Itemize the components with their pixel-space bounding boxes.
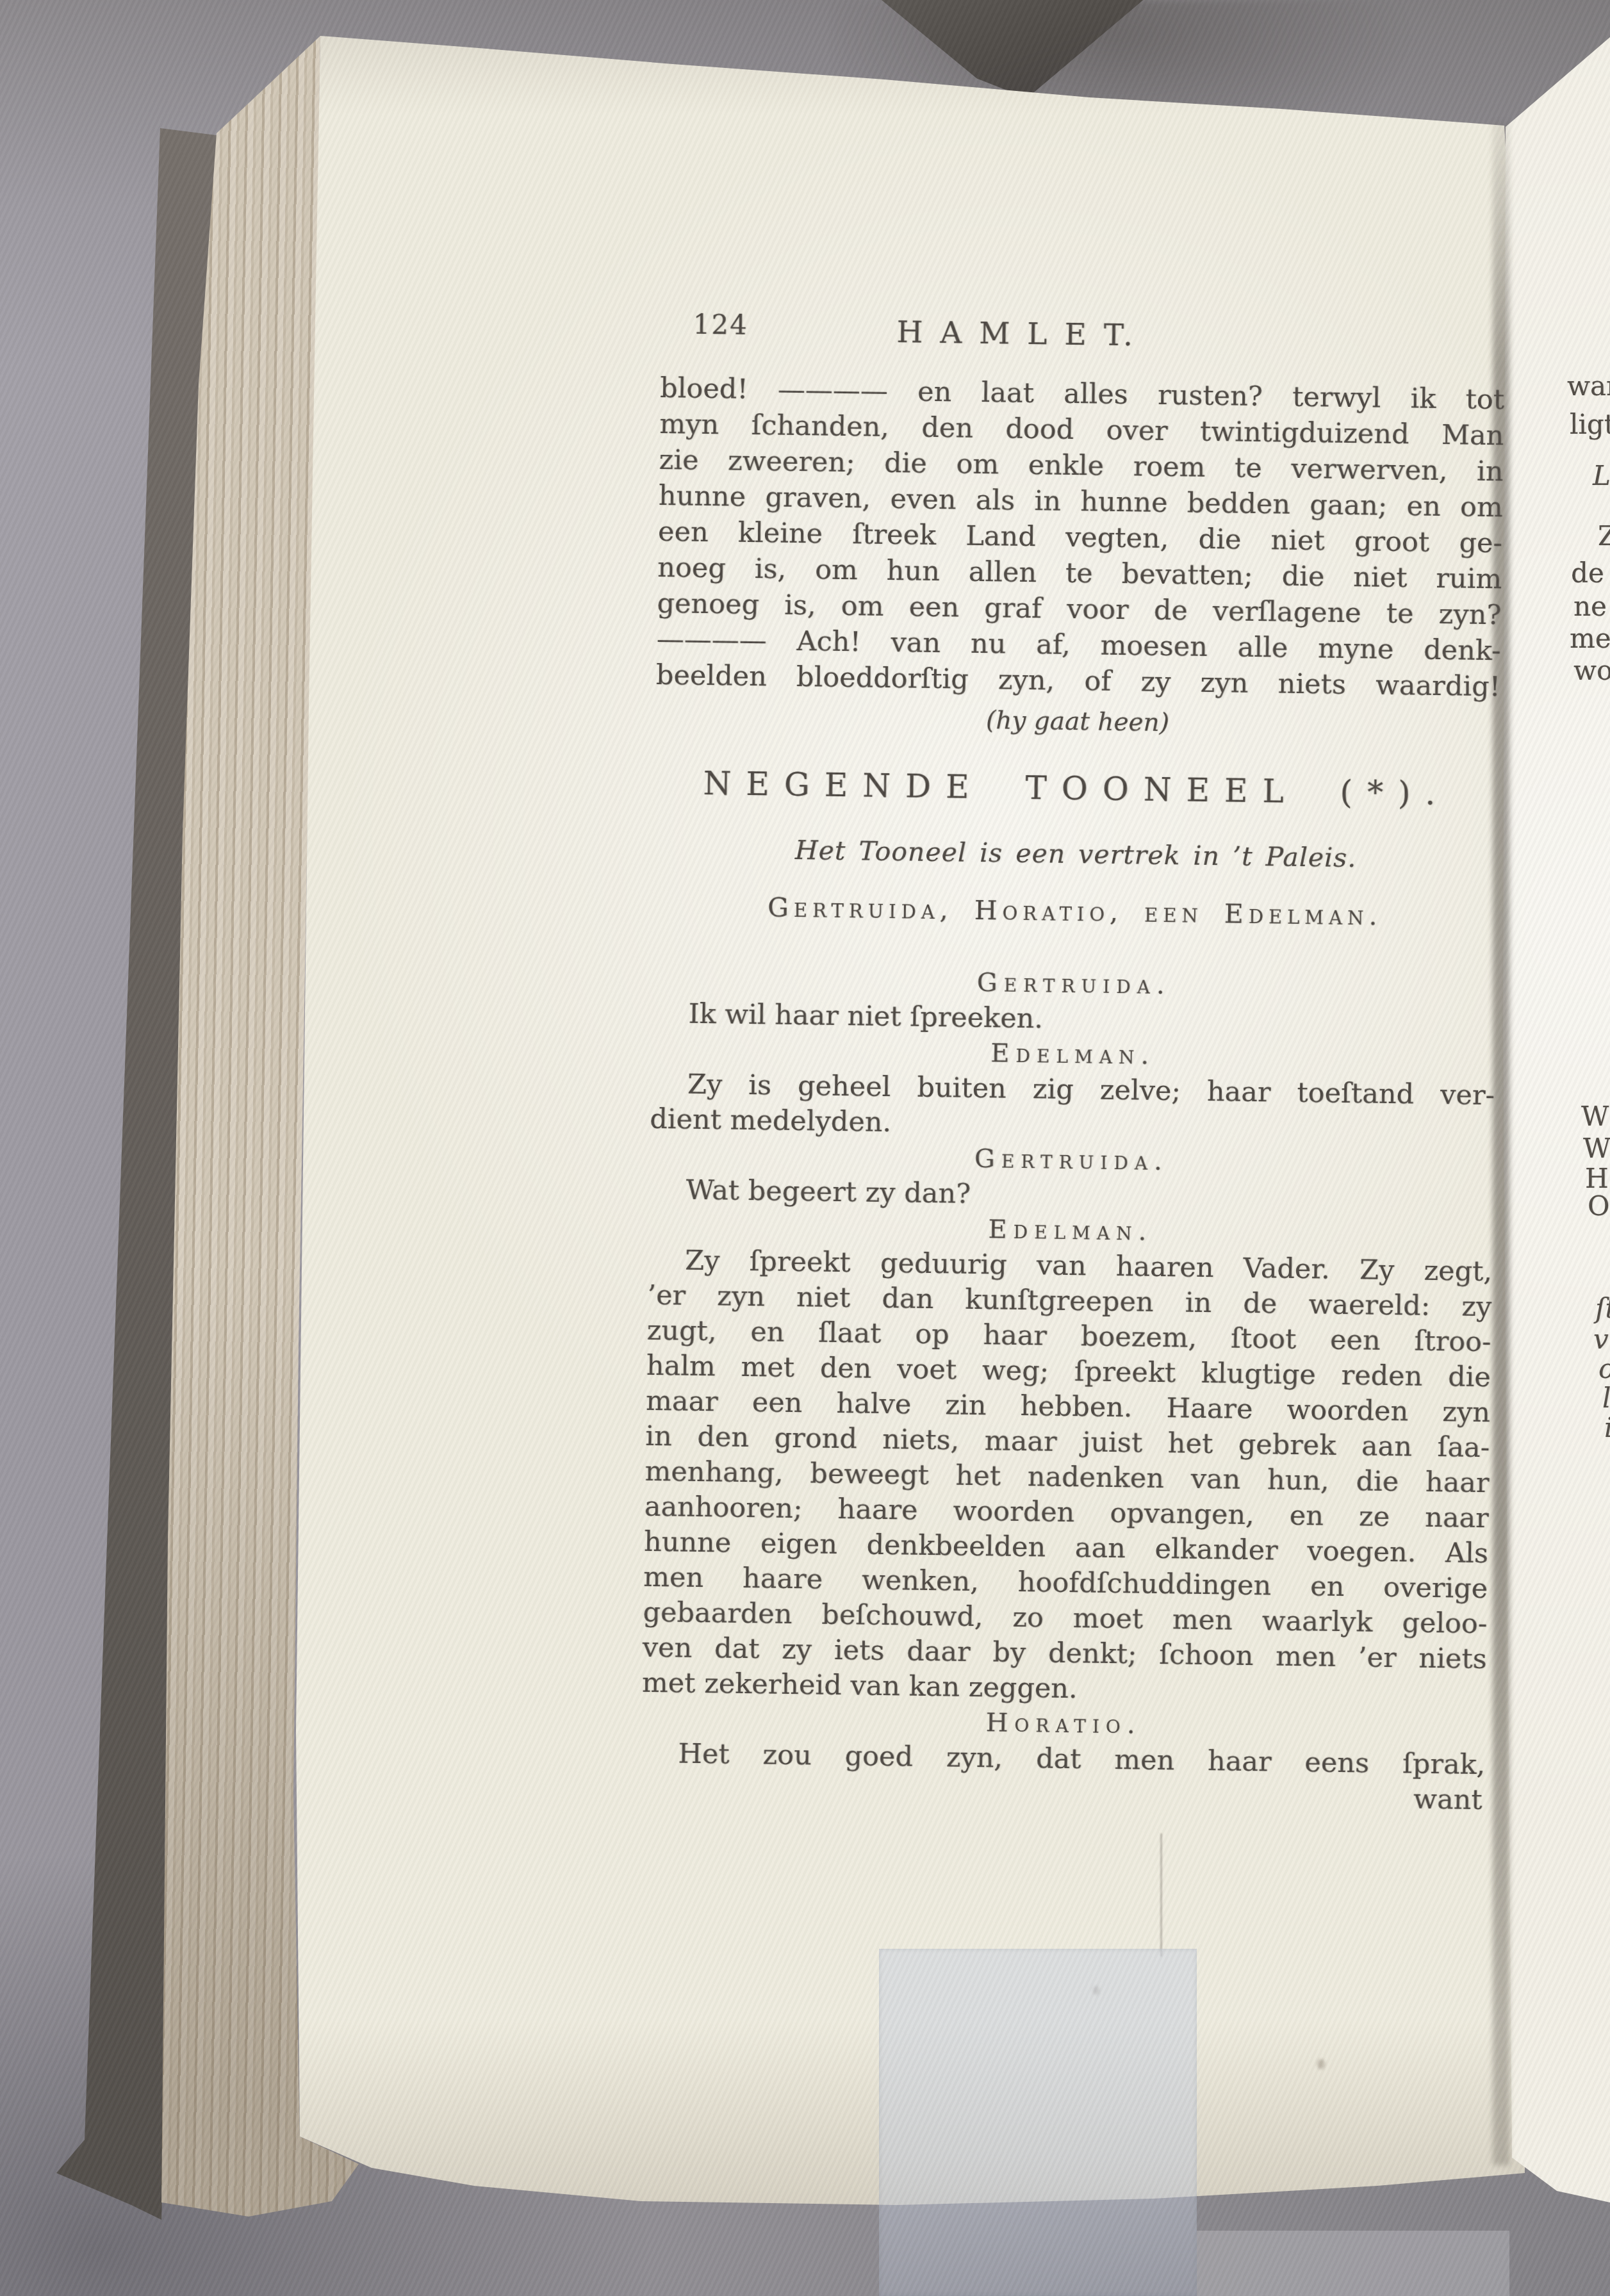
stage-direction: (hy gaat heen)	[655, 698, 1500, 746]
recto-text-fragment: wan	[1567, 370, 1610, 402]
recto-text-fragment: ne	[1573, 591, 1607, 622]
faint-vertical-mark	[1160, 1833, 1162, 1956]
photo-of-open-book: 124 H A M L E T. bloed! ———— en laat all…	[0, 0, 1610, 2296]
recto-text-fragment: L	[1593, 460, 1610, 491]
recto-text-fragment: W	[1583, 1133, 1610, 1164]
recto-text-fragment: W	[1581, 1101, 1609, 1132]
paper-speck	[1317, 2059, 1325, 2069]
printed-page-text: 124 H A M L E T. bloed! ———— en laat all…	[640, 306, 1506, 1818]
recto-text-fragment: ſt	[1595, 1293, 1610, 1324]
recto-text-fragment: Z	[1598, 520, 1610, 552]
recto-text-fragment: de	[1571, 557, 1604, 589]
scene-characters: Gertruida, Horatio, een Edelman.	[653, 888, 1498, 935]
recto-text-fragment: wo	[1573, 655, 1610, 686]
page-number: 124	[693, 307, 748, 343]
recto-text-fragment: i	[1604, 1412, 1610, 1443]
scene-heading: NEGENDE TOONEEL (*).	[654, 765, 1499, 812]
recto-text-fragment: o	[1598, 1353, 1610, 1384]
recto-text-fragment: met	[1570, 623, 1610, 654]
dialogue: Gertruida. Ik wil haar niet ſpreeken. Ed…	[640, 961, 1496, 1818]
running-title: H A M L E T.	[896, 315, 1137, 354]
scene-setting: Het Tooneel is een vertrek in ’t Paleis.	[653, 830, 1499, 878]
recto-text-fragment: l	[1602, 1382, 1610, 1414]
recto-text-fragment: v	[1593, 1324, 1609, 1355]
gray-slip-overlay	[1197, 2231, 1509, 2296]
continuation-paragraph: bloed! ———— en laat alles rusten? terwyl…	[656, 370, 1505, 705]
translucent-slip-overlay	[879, 1949, 1197, 2296]
recto-text-fragment: ligt	[1570, 409, 1610, 440]
recto-text-fragment: O	[1588, 1190, 1609, 1222]
recto-text-fragment: H	[1585, 1163, 1609, 1194]
